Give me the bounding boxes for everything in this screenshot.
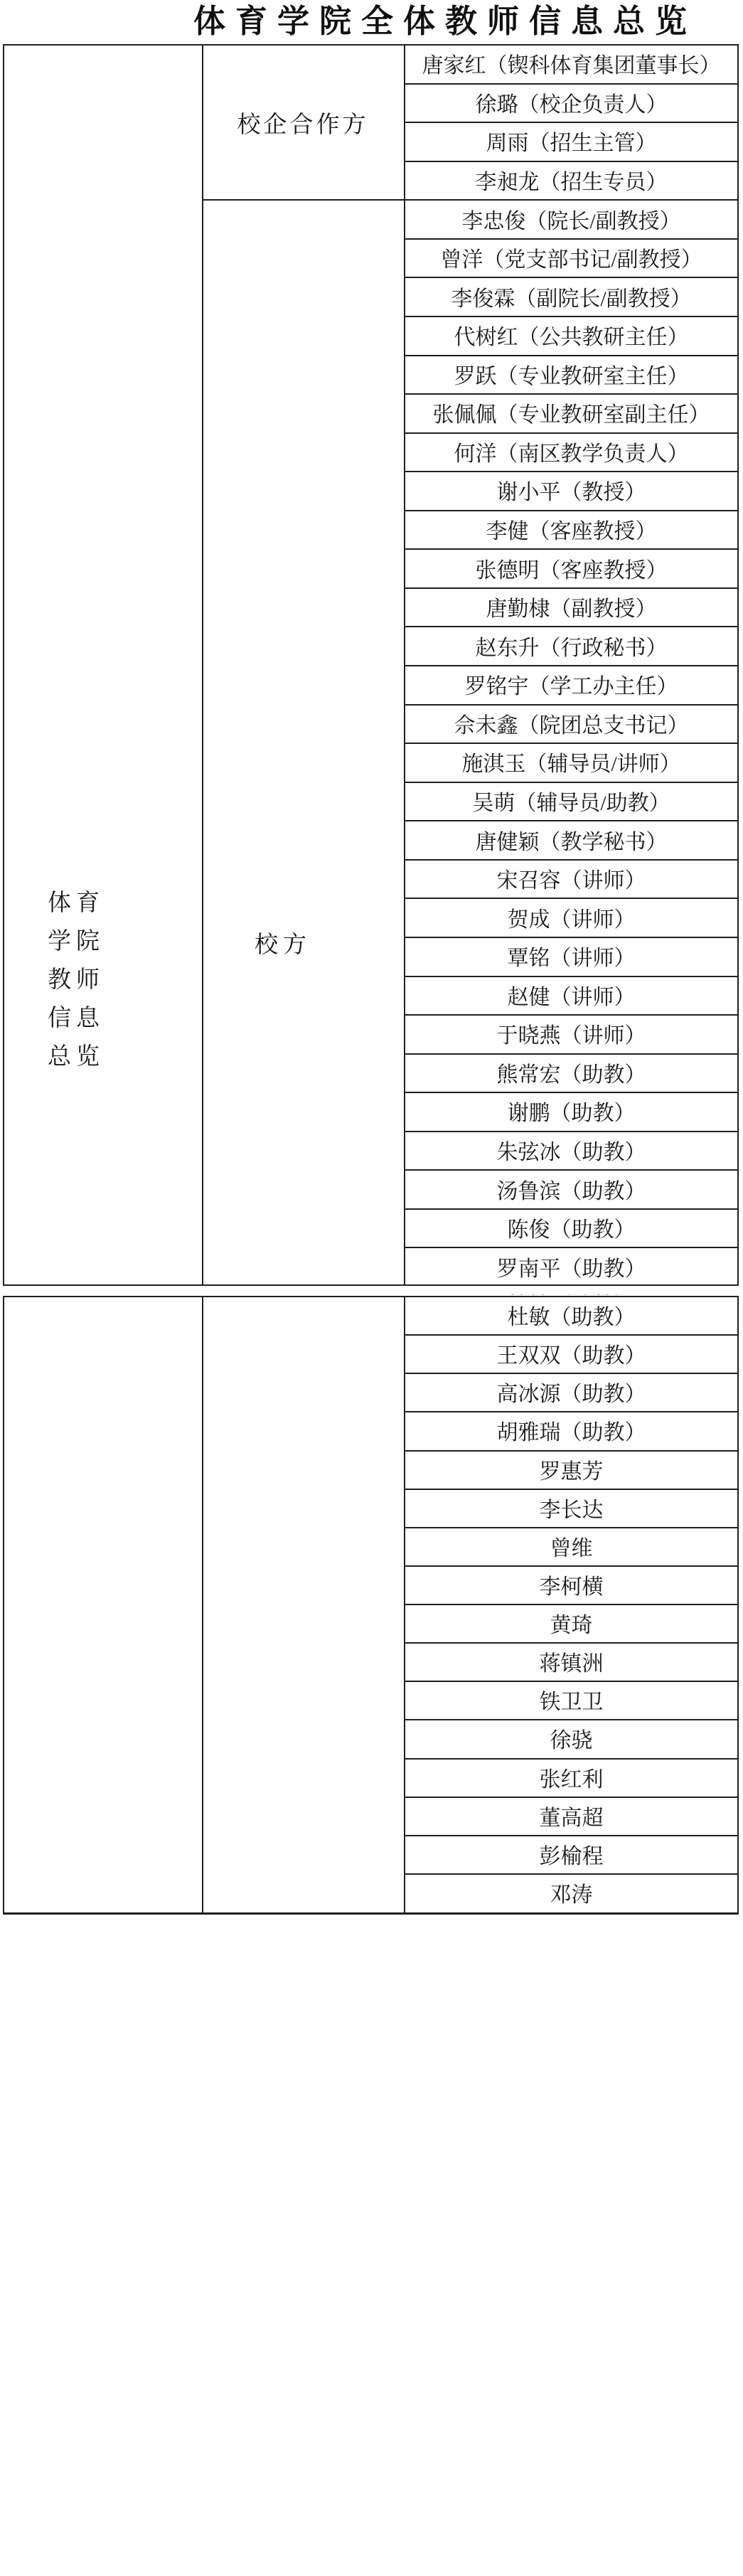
group-cell-partner: 校企合作方 [202,46,404,200]
teacher-row: 汤鲁滨（助教） [405,1169,737,1208]
teacher-row: 唐勤棣（副教授） [405,587,737,627]
teacher-row: 佘未鑫（院团总支书记） [405,704,737,743]
teacher-row: 吴萌（辅导员/助教） [405,782,737,821]
category-line: 信息 [0,996,175,1035]
group-label-school: 校方 [255,926,311,959]
teacher-row: 徐璐（校企负责人） [405,83,737,122]
teacher-row: 李俊霖（副院长/副教授） [405,277,737,316]
teacher-row: 曾维 [405,1527,737,1565]
category-line: 总览 [0,1035,175,1073]
teacher-row: 张红利 [405,1758,737,1797]
category-line: 体育 [0,881,175,920]
teacher-row: 赵健（讲师） [405,976,737,1015]
teachers-table-page-1: 校企合作方 校方 体育 学院 教师 信息 总览 唐家红（锲科体育集团董事长）徐璐… [3,44,739,1286]
teacher-row: 罗惠芳 [405,1450,737,1489]
teacher-row: 黄琦 [405,1604,737,1642]
category-line: 教师 [0,958,175,996]
page-break-ghost-text: 杜敏（助教） [405,1287,737,1295]
teacher-row: 彭榆程 [405,1835,737,1873]
teacher-row: 曾洋（党支部书记/副教授） [405,238,737,277]
teacher-row: 邓涛 [405,1873,737,1912]
teacher-row: 杜敏（助教） [405,1296,737,1334]
teacher-row: 唐家红（锲科体育集团董事长） [405,44,737,83]
teacher-row: 熊常宏（助教） [405,1053,737,1092]
teacher-row: 唐健颖（教学秘书） [405,820,737,859]
teacher-row: 张德明（客座教授） [405,548,737,587]
teacher-row: 董高超 [405,1797,737,1835]
teacher-row: 朱弦冰（助教） [405,1131,737,1170]
teacher-row: 谢小平（教授） [405,471,737,510]
page-break-ghost: 杜敏（助教） [405,1287,737,1295]
teacher-row: 代树红（公共教研主任） [405,316,737,355]
teacher-row: 李昶龙（招生专员） [405,161,737,200]
category-line: 学院 [0,920,175,958]
teacher-row: 覃铭（讲师） [405,937,737,976]
group-label-partner: 校企合作方 [237,106,369,139]
teacher-row: 谢鹏（助教） [405,1092,737,1131]
teacher-row: 施淇玉（辅导员/讲师） [405,743,737,782]
teacher-row: 胡雅瑞（助教） [405,1411,737,1449]
column-divider [202,1297,203,1912]
teacher-row: 张佩佩（专业教研室副主任） [405,393,737,432]
teacher-row: 王双双（助教） [405,1334,737,1373]
teacher-row: 李忠俊（院长/副教授） [405,199,737,238]
group-cell-school: 校方 [182,923,384,962]
teacher-row: 蒋镇洲 [405,1642,737,1681]
teacher-row: 赵东升（行政秘书） [405,626,737,665]
teacher-row: 李柯横 [405,1565,737,1604]
column-divider [202,46,203,1284]
teacher-row: 高冰源（助教） [405,1373,737,1411]
category-cell: 体育 学院 教师 信息 总览 [4,881,202,1073]
teacher-row: 于晓燕（讲师） [405,1014,737,1053]
teacher-row: 罗跃（专业教研室主任） [405,355,737,394]
teacher-row: 周雨（招生主管） [405,122,737,161]
teacher-row: 徐骁 [405,1719,737,1757]
teacher-row: 李健（客座教授） [405,510,737,549]
teacher-row: 陈俊（助教） [405,1208,737,1247]
page-title: 体育学院全体教师信息总览 [193,1,697,41]
teacher-row: 罗南平（助教） [405,1247,737,1286]
teacher-row: 宋召容（讲师） [405,859,737,898]
document-page: 体育学院全体教师信息总览 校企合作方 校方 体育 学院 教师 信息 总览 唐家红… [0,0,743,2576]
teacher-row: 铁卫卫 [405,1681,737,1719]
teachers-table-page-2: 杜敏（助教）王双双（助教）高冰源（助教）胡雅瑞（助教）罗惠芳李长达曾维李柯横黄琦… [3,1296,739,1915]
teacher-row: 何洋（南区教学负责人） [405,432,737,472]
teacher-row: 贺成（讲师） [405,898,737,937]
teacher-row: 李长达 [405,1489,737,1527]
teacher-row: 罗铭宇（学工办主任） [405,665,737,704]
